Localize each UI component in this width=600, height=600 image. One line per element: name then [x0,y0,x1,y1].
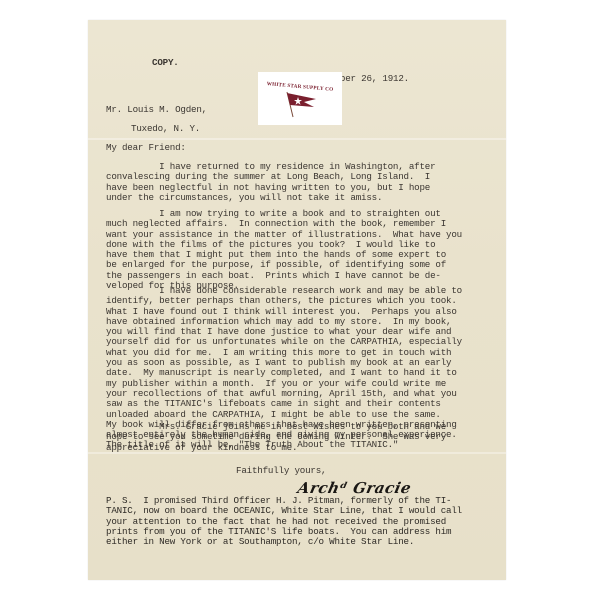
paragraph-4: Mrs. Gracie joins me in best wishes to y… [106,422,446,453]
closing: Faithfully yours, [236,466,326,476]
white-star-flag-icon [284,90,318,118]
salutation: My dear Friend: [106,143,186,153]
letter-paper: COPY. September 26, 1912. WHITE STAR SUP… [88,20,506,580]
copy-mark: COPY. [152,58,179,68]
paragraph-2: I am now trying to write a book and to s… [106,209,462,291]
recipient-location: Tuxedo, N. Y. [131,124,200,134]
white-star-supply-logo: WHITE STAR SUPPLY CO [258,72,342,125]
paper-fold [88,138,506,140]
recipient-name: Mr. Louis M. Ogden, [106,105,207,115]
paragraph-1: I have returned to my residence in Washi… [106,162,435,203]
postscript: P. S. I promised Third Officer H. J. Pit… [106,496,462,547]
